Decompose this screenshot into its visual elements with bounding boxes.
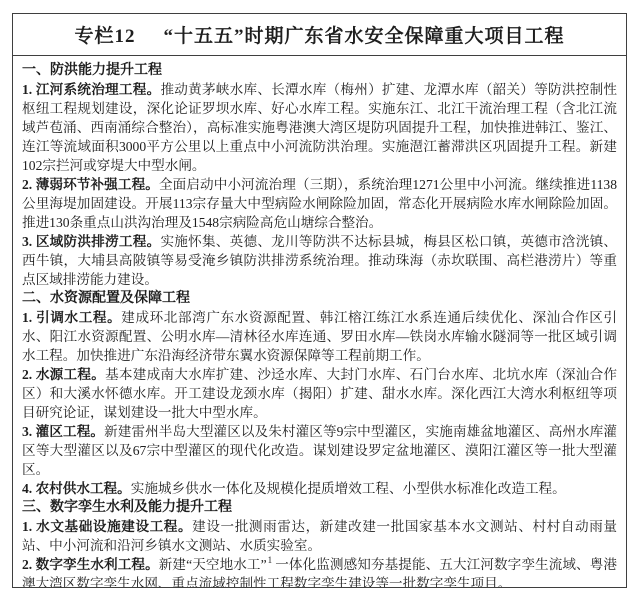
item-title: 2. 薄弱环节补强工程。 bbox=[22, 177, 159, 192]
footnote-marker: 1 bbox=[268, 555, 273, 565]
item-text: 新建雷州半岛大型灌区以及朱村灌区等9宗中型灌区，实施南雄盆地灌区、高州水库灌区等… bbox=[22, 424, 617, 477]
section-heading-digital-twin: 三、数字孪生水利及能力提升工程 bbox=[22, 498, 617, 517]
item-text: 新建“天空地水工” bbox=[159, 557, 267, 572]
section-heading-water-resources: 二、水资源配置及保障工程 bbox=[22, 289, 617, 308]
column-body: 一、防洪能力提升工程 1. 江河系统治理工程。推动黄茅峡水库、长潭水库（梅州）扩… bbox=[13, 56, 626, 587]
project-item-river-system: 1. 江河系统治理工程。推动黄茅峡水库、长潭水库（梅州）扩建、龙潭水库（韶关）等… bbox=[22, 80, 617, 175]
section-heading-flood: 一、防洪能力提升工程 bbox=[22, 61, 617, 80]
column-title-main: “十五五”时期广东省水安全保障重大项目工程 bbox=[164, 21, 565, 48]
column-box: 专栏12“十五五”时期广东省水安全保障重大项目工程 一、防洪能力提升工程 1. … bbox=[12, 13, 627, 588]
item-title: 2. 数字孪生水利工程。 bbox=[22, 557, 159, 572]
project-item-regional-drainage: 3. 区域防洪排涝工程。实施怀集、英德、龙川等防洪不达标县城，梅县区松口镇，英德… bbox=[22, 232, 617, 289]
project-item-weak-links: 2. 薄弱环节补强工程。全面启动中小河流治理（三期），系统治理1271公里中小河… bbox=[22, 175, 617, 232]
item-title: 3. 灌区工程。 bbox=[22, 424, 104, 439]
item-title: 1. 引调水工程。 bbox=[22, 310, 121, 325]
item-title: 1. 水文基础设施建设工程。 bbox=[22, 519, 192, 534]
column-title-prefix: 专栏12 bbox=[74, 21, 135, 48]
project-item-water-diversion: 1. 引调水工程。建成环北部湾广东水资源配置、韩江榕江练江水系连通后续优化、深汕… bbox=[22, 308, 617, 365]
item-title: 1. 江河系统治理工程。 bbox=[22, 82, 160, 97]
project-item-irrigation-district: 3. 灌区工程。新建雷州半岛大型灌区以及朱村灌区等9宗中型灌区，实施南雄盆地灌区… bbox=[22, 422, 617, 479]
column-title: 专栏12“十五五”时期广东省水安全保障重大项目工程 bbox=[13, 14, 626, 56]
item-title: 3. 区域防洪排涝工程。 bbox=[22, 234, 160, 249]
item-title: 2. 水源工程。 bbox=[22, 367, 105, 382]
project-item-rural-water-supply: 4. 农村供水工程。实施城乡供水一体化及规模化提质增效工程、小型供水标准化改造工… bbox=[22, 479, 617, 498]
item-text: 实施城乡供水一体化及规模化提质增效工程、小型供水标准化改造工程。 bbox=[131, 481, 566, 496]
project-item-water-source: 2. 水源工程。基本建成南大水库扩建、沙迳水库、大封门水库、石门台水库、北坑水库… bbox=[22, 365, 617, 422]
project-item-digital-twin-water: 2. 数字孪生水利工程。新建“天空地水工”1一体化监测感知夯基提能、五大江河数字… bbox=[22, 555, 617, 587]
item-text: 基本建成南大水库扩建、沙迳水库、大封门水库、石门台水库、北坑水库（深汕合作区）和… bbox=[22, 367, 617, 420]
project-item-hydrology-infrastructure: 1. 水文基础设施建设工程。建设一批测雨雷达，新建改建一批国家基本水文测站、村村… bbox=[22, 517, 617, 555]
item-title: 4. 农村供水工程。 bbox=[22, 481, 131, 496]
